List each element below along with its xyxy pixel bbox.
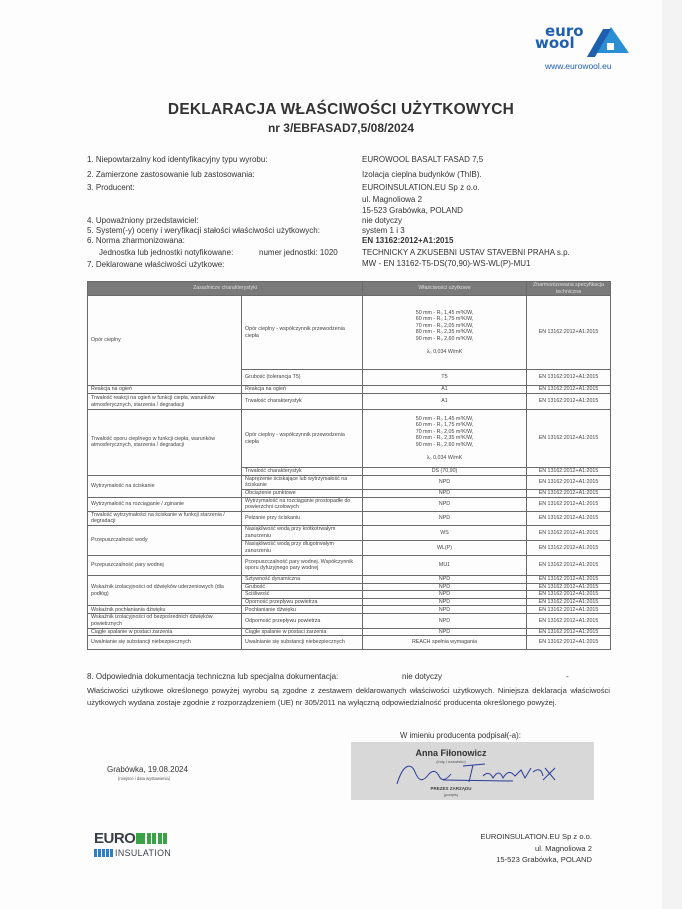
value-cell: NPD — [363, 606, 527, 614]
spec-cell: EN 13162:2012+A1:2015 — [527, 540, 611, 555]
section-8-value: nie dotyczy — [402, 672, 442, 681]
char-cell: Ściśliwość — [242, 591, 363, 599]
spec-cell: EN 13162:2012+A1:2015 — [527, 410, 611, 468]
info-label-7: 7. Deklarowane właściwości użytkowe: — [87, 260, 224, 269]
table-row: Przepuszczalność pary wodnej Przepuszcza… — [88, 555, 611, 575]
footer-address-line: EUROINSULATION.EU Sp z o.o. — [480, 831, 592, 843]
char-cell: Nasiąkliwość wodą przy krótkotrwałym zan… — [242, 525, 363, 540]
char-cell: Sztywność dynamiczna — [242, 575, 363, 583]
value-cell: T5 — [363, 370, 527, 386]
info-label-4: 4. Upoważniony przedstawiciel: — [87, 216, 199, 225]
spec-cell: EN 13162:2012+A1:2015 — [527, 591, 611, 599]
char-cell: Obciążenie punktowe — [242, 489, 363, 497]
info-value-2: Izolacja cieplna budynków (ThIB). — [362, 170, 482, 179]
table-row: Reakcja na ogień Reakcja na ogień A1 EN … — [88, 386, 611, 394]
footer-address-line: ul. Magnoliowa 2 — [480, 843, 592, 855]
spec-cell: EN 13162:2012+A1:2015 — [527, 497, 611, 511]
value-cell: WS — [363, 525, 527, 540]
value-cell: 50 mm - R₀ 1,45 m²K/W, 60 mm - R₀ 1,75 m… — [363, 410, 527, 468]
spec-cell: EN 13162:2012+A1:2015 — [527, 468, 611, 476]
signer-name: Anna Fiłonowicz — [351, 748, 551, 758]
value-cell: WL(P) — [363, 540, 527, 555]
logo-url: www.eurowool.eu — [545, 61, 612, 71]
info-value-notified-body: TECHNICKY A ZKUSEBNI USTAV STAVEBNI PRAH… — [362, 248, 570, 257]
table-row: Wskaźnik izolacyjności od dźwięków uderz… — [88, 575, 611, 583]
window-icon — [607, 43, 614, 50]
signature-caption: (podpis) — [351, 792, 551, 797]
page-edge — [662, 0, 682, 909]
logo-text-euro: EURO — [94, 830, 135, 847]
table-row: Wskaźnik izolacyjności od bezpośrednich … — [88, 614, 611, 628]
section-8-dash: - — [566, 672, 569, 681]
table-row: Wytrzymałość na rozciąganie / zginanie W… — [88, 497, 611, 511]
spec-cell: EN 13162:2012+A1:2015 — [527, 489, 611, 497]
euroinsulation-logo: EURO INSULATION — [94, 830, 190, 864]
group-cell: Trwałość reakcji na ogień w funkcji ciep… — [88, 394, 242, 410]
table-row: Uwalnianie się substancji niebezpiecznyc… — [88, 636, 611, 650]
value-cell: MU1 — [363, 555, 527, 575]
group-cell: Trwałość wytrzymałości na ściskanie w fu… — [88, 511, 242, 525]
group-cell: Przepuszczalność pary wodnej — [88, 555, 242, 575]
table-row: Wytrzymałość na ściskanie Naprężenie ści… — [88, 475, 611, 489]
char-cell: Wytrzymałość na rozciąganie prostopadłe … — [242, 497, 363, 511]
info-label-1: 1. Niepowtarzalny kod identyfikacyjny ty… — [87, 155, 268, 164]
char-cell: Ciągłe spalanie w postaci żarzenia — [242, 628, 363, 636]
info-value-5: system 1 i 3 — [362, 226, 405, 235]
spec-cell: EN 13162:2012+A1:2015 — [527, 555, 611, 575]
document-title: DEKLARACJA WŁAŚCIWOŚCI UŻYTKOWYCH — [0, 101, 682, 119]
spec-cell: EN 13162:2012+A1:2015 — [527, 598, 611, 606]
value-cell: NPD — [363, 591, 527, 599]
spec-cell: EN 13162:2012+A1:2015 — [527, 475, 611, 489]
value-cell: NPD — [363, 475, 527, 489]
value-cell: REACH spełnia wymagania — [363, 636, 527, 650]
info-value-4: nie dotyczy — [362, 216, 402, 225]
char-cell: Grubość (tolerancja T5) — [242, 370, 363, 386]
spec-cell: EN 13162:2012+A1:2015 — [527, 296, 611, 370]
value-cell: NPD — [363, 583, 527, 591]
place-and-date: Grabówka, 19.08.2024 — [107, 765, 188, 774]
header-performance: Właściwości użytkowe — [363, 282, 527, 296]
spec-cell: EN 13162:2012+A1:2015 — [527, 575, 611, 583]
info-label-3: 3. Producent: — [87, 183, 135, 192]
properties-table: Zasadnicze charakterystyki Właściwości u… — [87, 281, 611, 650]
header-characteristics: Zasadnicze charakterystyki — [88, 282, 363, 296]
value-cell: NPD — [363, 511, 527, 525]
spec-cell: EN 13162:2012+A1:2015 — [527, 583, 611, 591]
group-cell: Wskaźnik izolacyjności od bezpośrednich … — [88, 614, 242, 628]
info-value-6: EN 13162:2012+A1:2015 — [362, 236, 453, 245]
value-cell: NPD — [363, 628, 527, 636]
group-cell: Wskaźnik izolacyjności od dźwięków uderz… — [88, 575, 242, 605]
header-spec: Zharmonizowana specyfikacja techniczna — [527, 282, 611, 296]
value-cell: 50 mm - R₀ 1,45 m²K/W, 60 mm - R₀ 1,75 m… — [363, 296, 527, 370]
char-cell: Pochłanianie dźwięku — [242, 606, 363, 614]
group-cell: Reakcja na ogień — [88, 386, 242, 394]
signature-stamp: Anna Fiłonowicz (imię i nazwisko) PREZES… — [351, 742, 594, 800]
table-row: Trwałość wytrzymałości na ściskanie w fu… — [88, 511, 611, 525]
place-caption: (miejsce i data wystawienia) — [118, 776, 170, 781]
info-label-5: 5. System(-y) oceny i weryfikacji stałoś… — [87, 226, 320, 235]
document-page: euro wool www.eurowool.eu DEKLARACJA WŁA… — [0, 0, 682, 909]
char-cell: Uwalnianie się substancji niebezpiecznyc… — [242, 636, 363, 650]
value-cell: DS (70,90) — [363, 468, 527, 476]
info-label-6: 6. Norma zharmonizowana: — [87, 236, 185, 245]
signed-by-label: W imieniu producenta podpisał(-a): — [400, 731, 521, 740]
spec-cell: EN 13162:2012+A1:2015 — [527, 394, 611, 410]
value-cell: A1 — [363, 394, 527, 410]
char-cell: Grubość — [242, 583, 363, 591]
spec-cell: EN 13162:2012+A1:2015 — [527, 370, 611, 386]
char-cell: Oporność przepływu powietrza — [242, 598, 363, 606]
char-cell: Pełzanie przy ściskaniu — [242, 511, 363, 525]
signer-role: PREZES ZARZĄDU — [351, 786, 551, 791]
spec-cell: EN 13162:2012+A1:2015 — [527, 511, 611, 525]
value-cell: NPD — [363, 575, 527, 583]
logo-text-insulation: INSULATION — [115, 848, 171, 858]
logo-text-wool: wool — [535, 37, 575, 50]
char-cell: Naprężenie ściskające lub wytrzymałość n… — [242, 475, 363, 489]
eurowool-logo: euro wool www.eurowool.eu — [535, 25, 655, 73]
info-value-3a: EUROINSULATION.EU Sp z o.o. — [362, 183, 480, 192]
value-cell: NPD — [363, 614, 527, 628]
group-cell: Opór cieplny — [88, 296, 242, 386]
info-label-notified-body: Jednostka lub jednostki notyfikowane: — [99, 248, 233, 257]
blue-bars-icon — [94, 849, 113, 857]
char-cell: Przepuszczalność pary wodnej. Współczynn… — [242, 555, 363, 575]
table-row: Trwałość oporu cieplnego w funkcji ciepł… — [88, 410, 611, 468]
group-cell: Przepuszczalność wody — [88, 525, 242, 555]
spec-cell: EN 13162:2012+A1:2015 — [527, 636, 611, 650]
info-value-3c: 15-523 Grabówka, POLAND — [362, 206, 463, 215]
spec-cell: EN 13162:2012+A1:2015 — [527, 525, 611, 540]
char-cell: Trwałość charakterystyk — [242, 394, 363, 410]
char-cell: Odporność przepływu powietrza — [242, 614, 363, 628]
table-header-row: Zasadnicze charakterystyki Właściwości u… — [88, 282, 611, 296]
group-cell: Trwałość oporu cieplnego w funkcji ciepł… — [88, 410, 242, 476]
table-row: Opór cieplny Opór cieplny - współczynnik… — [88, 296, 611, 370]
spec-cell: EN 13162:2012+A1:2015 — [527, 606, 611, 614]
spec-cell: EN 13162:2012+A1:2015 — [527, 386, 611, 394]
value-cell: NPD — [363, 598, 527, 606]
spec-cell: EN 13162:2012+A1:2015 — [527, 614, 611, 628]
char-cell: Trwałość charakterystyk — [242, 468, 363, 476]
info-value-3b: ul. Magnoliowa 2 — [362, 195, 422, 204]
group-cell: Wytrzymałość na ściskanie — [88, 475, 242, 497]
info-value-1: EUROWOOL BASALT FASAD 7,5 — [362, 155, 483, 164]
handwritten-signature-icon — [393, 760, 563, 786]
green-bars-icon — [136, 833, 167, 844]
value-cell: A1 — [363, 386, 527, 394]
section-8-label: 8. Odpowiednia dokumentacja techniczna l… — [87, 672, 338, 681]
footer-address: EUROINSULATION.EU Sp z o.o. ul. Magnolio… — [480, 831, 592, 866]
group-cell: Ciągłe spalanie w postaci żarzenia — [88, 628, 242, 636]
table-row: Ciągłe spalanie w postaci żarzenia Ciągł… — [88, 628, 611, 636]
table-row: Trwałość reakcji na ogień w funkcji ciep… — [88, 394, 611, 410]
info-label-2: 2. Zamierzone zastosowanie lub zastosowa… — [87, 170, 255, 179]
value-cell: NPD — [363, 497, 527, 511]
char-cell: Nasiąkliwość wodą przy długotrwałym zanu… — [242, 540, 363, 555]
group-cell: Wytrzymałość na rozciąganie / zginanie — [88, 497, 242, 511]
document-number: nr 3/EBFASAD7,5/08/2024 — [0, 121, 682, 135]
declaration-paragraph: Właściwości użytkowe określonego powyżej… — [87, 685, 610, 708]
char-cell: Reakcja na ogień — [242, 386, 363, 394]
group-cell: Wskaźnik pochłaniania dźwięku — [88, 606, 242, 614]
char-cell: Opór cieplny - współczynnik przewodzenia… — [242, 296, 363, 370]
table-row: Przepuszczalność wody Nasiąkliwość wodą … — [88, 525, 611, 540]
value-cell: NPD — [363, 489, 527, 497]
info-value-7: MW - EN 13162-T5-DS(70,90)-WS-WL(P)-MU1 — [362, 259, 530, 268]
table-row: Wskaźnik pochłaniania dźwięku Pochłanian… — [88, 606, 611, 614]
footer-address-line: 15-523 Grabówka, POLAND — [480, 854, 592, 866]
spec-cell: EN 13162:2012+A1:2015 — [527, 628, 611, 636]
group-cell: Uwalnianie się substancji niebezpiecznyc… — [88, 636, 242, 650]
char-cell: Opór cieplny - współczynnik przewodzenia… — [242, 410, 363, 468]
info-notified-body-number: numer jednostki: 1020 — [259, 248, 338, 257]
